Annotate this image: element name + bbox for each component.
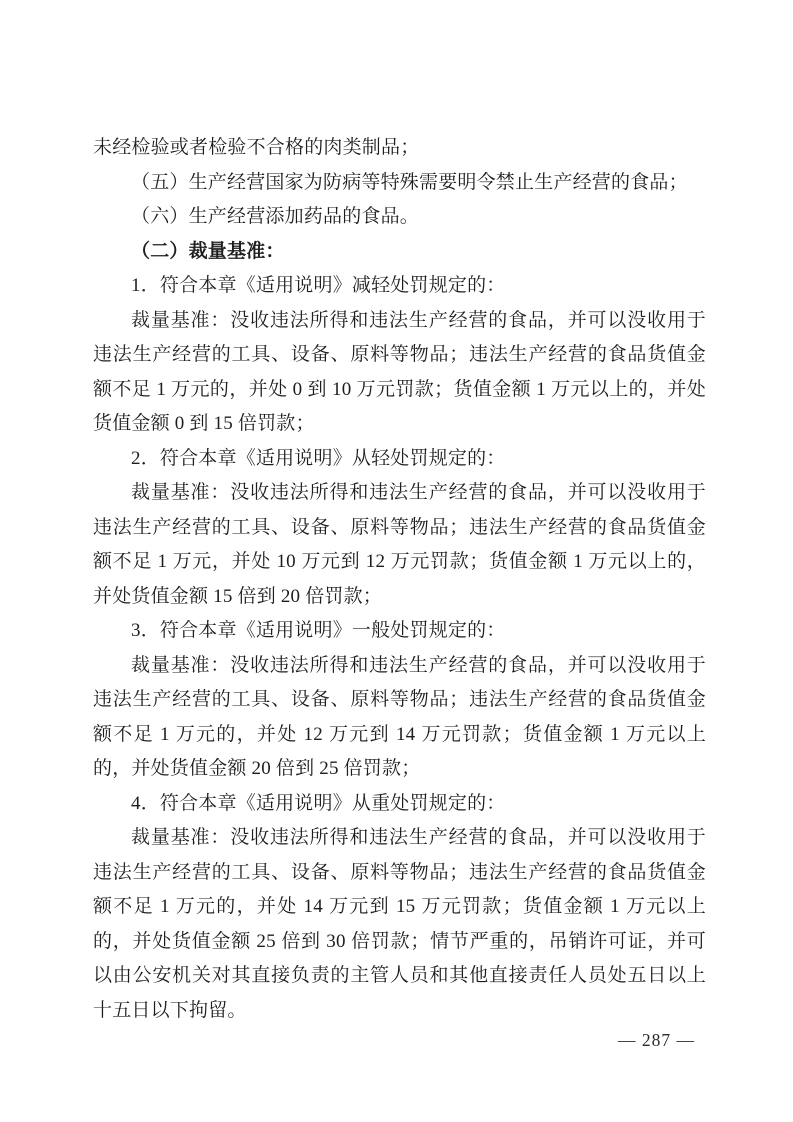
paragraph: 4．符合本章《适用说明》从重处罚规定的： bbox=[93, 787, 706, 822]
paragraph: 裁量基准：没收违法所得和违法生产经营的食品，并可以没收用于违法生产经营的工具、设… bbox=[93, 476, 706, 614]
paragraph: （五）生产经营国家为防病等特殊需要明令禁止生产经营的食品； bbox=[93, 166, 706, 201]
paragraph: 裁量基准：没收违法所得和违法生产经营的食品，并可以没收用于违法生产经营的工具、设… bbox=[93, 821, 706, 1028]
paragraph: 裁量基准：没收违法所得和违法生产经营的食品，并可以没收用于违法生产经营的工具、设… bbox=[93, 649, 706, 787]
paragraph: 1．符合本章《适用说明》减轻处罚规定的： bbox=[93, 269, 706, 304]
section-heading: （二）裁量基准： bbox=[93, 235, 706, 270]
document-body: 未经检验或者检验不合格的肉类制品；（五）生产经营国家为防病等特殊需要明令禁止生产… bbox=[93, 131, 706, 1028]
paragraph: （六）生产经营添加药品的食品。 bbox=[93, 200, 706, 235]
paragraph: 裁量基准：没收违法所得和违法生产经营的食品，并可以没收用于违法生产经营的工具、设… bbox=[93, 304, 706, 442]
paragraph: 3．符合本章《适用说明》一般处罚规定的： bbox=[93, 614, 706, 649]
paragraph: 2．符合本章《适用说明》从轻处罚规定的： bbox=[93, 442, 706, 477]
paragraph: 未经检验或者检验不合格的肉类制品； bbox=[93, 131, 706, 166]
document-page: 未经检验或者检验不合格的肉类制品；（五）生产经营国家为防病等特殊需要明令禁止生产… bbox=[0, 0, 793, 1122]
page-number: — 287 — bbox=[618, 1030, 695, 1051]
